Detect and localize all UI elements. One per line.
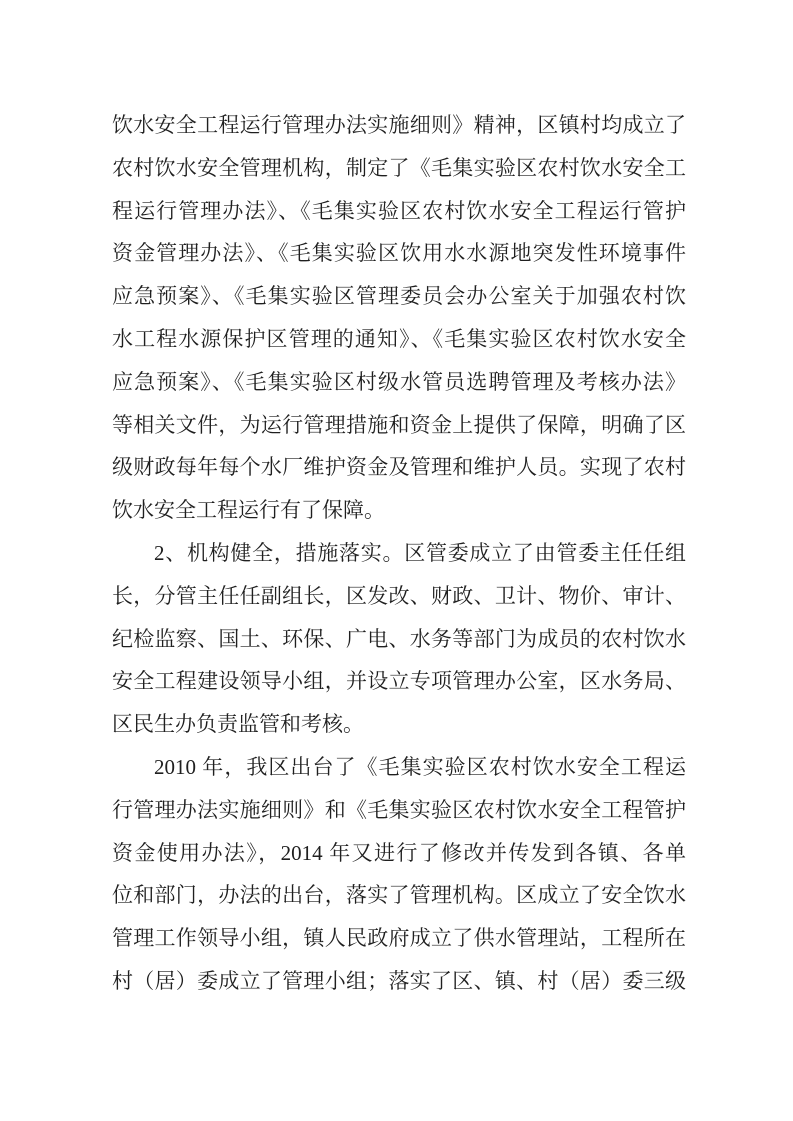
text-line: 位和部门，办法的出台，落实了管理机构。区成立了安全饮水 [112, 874, 686, 917]
text-line: 村（居）委成立了管理小组；落实了区、镇、村（居）委三级 [112, 960, 686, 1003]
text-line: 等相关文件，为运行管理措施和资金上提供了保障，明确了区 [112, 404, 686, 447]
text-line: 管理工作领导小组，镇人民政府成立了供水管理站，工程所在 [112, 917, 686, 960]
text-line: 资金使用办法》，2014 年又进行了修改并传发到各镇、各单 [112, 832, 686, 875]
text-line: 饮水安全工程运行管理办法实施细则》精神，区镇村均成立了 [112, 104, 686, 147]
text-line: 应急预案》、《毛集实验区村级水管员选聘管理及考核办法》 [112, 361, 686, 404]
text-line: 2、机构健全，措施落实。区管委成立了由管委主任任组 [112, 532, 686, 575]
text-line: 农村饮水安全管理机构，制定了《毛集实验区农村饮水安全工 [112, 147, 686, 190]
text-line: 纪检监察、国土、环保、广电、水务等部门为成员的农村饮水 [112, 618, 686, 661]
text-block: 饮水安全工程运行管理办法实施细则》精神，区镇村均成立了农村饮水安全管理机构，制定… [112, 104, 686, 1003]
text-line: 级财政每年每个水厂维护资金及管理和维护人员。实现了农村 [112, 446, 686, 489]
text-line: 应急预案》、《毛集实验区管理委员会办公室关于加强农村饮 [112, 275, 686, 318]
text-line: 饮水安全工程运行有了保障。 [112, 489, 686, 532]
text-line: 区民生办负责监管和考核。 [112, 703, 686, 746]
text-line: 行管理办法实施细则》和《毛集实验区农村饮水安全工程管护 [112, 789, 686, 832]
text-line: 长，分管主任任副组长，区发改、财政、卫计、物价、审计、 [112, 575, 686, 618]
text-line: 安全工程建设领导小组，并设立专项管理办公室，区水务局、 [112, 660, 686, 703]
text-line: 程运行管理办法》、《毛集实验区农村饮水安全工程运行管护 [112, 190, 686, 233]
text-line: 水工程水源保护区管理的通知》、《毛集实验区农村饮水安全 [112, 318, 686, 361]
text-line: 资金管理办法》、《毛集实验区饮用水水源地突发性环境事件 [112, 232, 686, 275]
text-line: 2010 年，我区出台了《毛集实验区农村饮水安全工程运 [112, 746, 686, 789]
document-page: 饮水安全工程运行管理办法实施细则》精神，区镇村均成立了农村饮水安全管理机构，制定… [0, 0, 793, 1121]
